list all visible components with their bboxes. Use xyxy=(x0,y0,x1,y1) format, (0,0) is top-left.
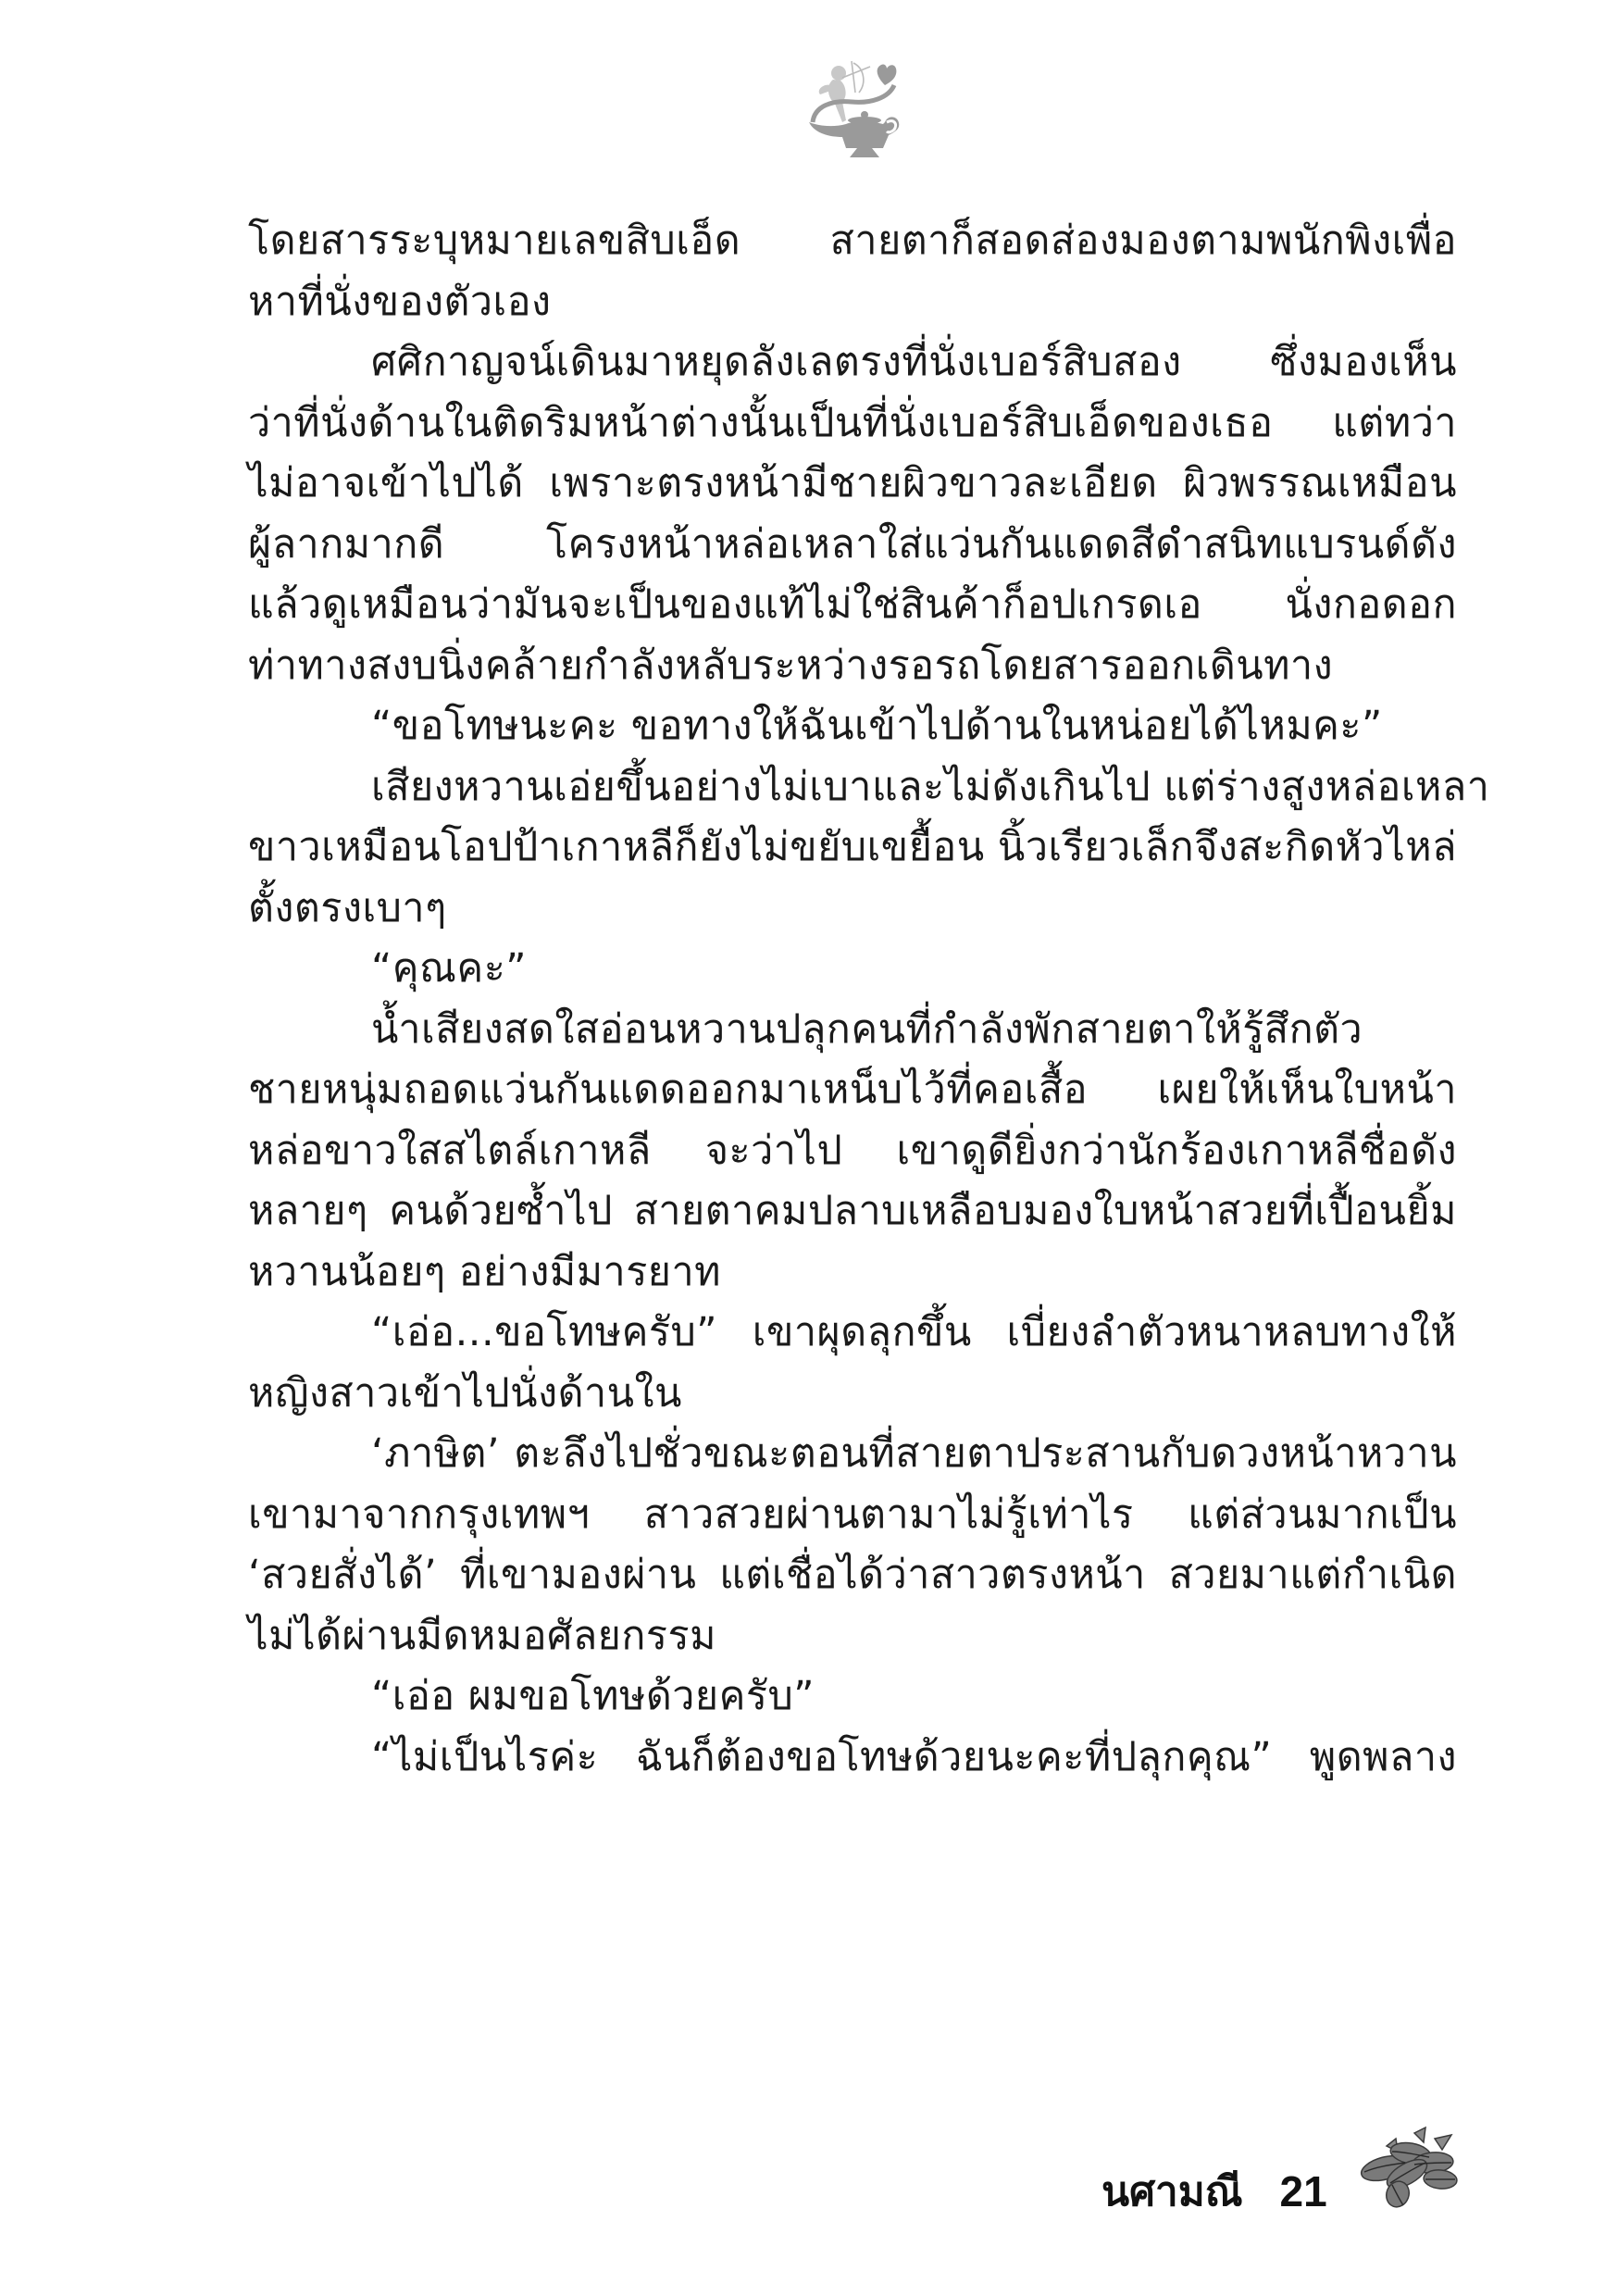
text-line: หล่อขาวใสสไตล์เกาหลี จะว่าไป เขาดูดียิ่ง… xyxy=(248,1121,1457,1182)
coffee-beans-icon xyxy=(1350,2126,1461,2209)
text-line: ผู้ลากมากดี โครงหน้าหล่อเหลาใส่แว่นกันแด… xyxy=(248,515,1457,576)
text-line: ว่าที่นั่งด้านในติดริมหน้าต่างนั้นเป็นที… xyxy=(248,393,1457,455)
text-line: หลายๆ คนด้วยซ้ำไป สายตาคมปลาบเหลือบมองใบ… xyxy=(248,1181,1457,1242)
text-line: ไม่ได้ผ่านมีดหมอศัลยกรรม xyxy=(248,1606,1457,1667)
cupid-teapot-lamp-icon xyxy=(805,57,907,167)
text-line: “ขอโทษนะคะ ขอทางให้ฉันเข้าไปด้านในหน่อยไ… xyxy=(248,696,1457,757)
text-line: น้ำเสียงสดใสอ่อนหวานปลุกคนที่กำลังพักสาย… xyxy=(248,1000,1457,1061)
text-line: “ไม่เป็นไรค่ะ ฉันก็ต้องขอโทษด้วยนะคะที่ป… xyxy=(248,1728,1457,1789)
text-line: “เอ่อ ผมขอโทษด้วยครับ” xyxy=(248,1666,1457,1728)
text-line: ‘สวยสั่งได้’ ที่เขามองผ่าน แต่เชื่อได้ว่… xyxy=(248,1545,1457,1606)
text-line: เสียงหวานเอ่ยขึ้นอย่างไม่เบาและไม่ดังเกิ… xyxy=(248,757,1457,818)
text-line: “คุณคะ” xyxy=(248,939,1457,1000)
book-page: โดยสารระบุหมายเลขสิบเอ็ด สายตาก็สอดส่องม… xyxy=(0,0,1618,2296)
text-line: ‘ภาษิต’ ตะลึงไปชั่วขณะตอนที่สายตาประสานก… xyxy=(248,1424,1457,1485)
text-line: หวานน้อยๆ อย่างมีมารยาท xyxy=(248,1242,1457,1304)
text-line: หาที่นั่งของตัวเอง xyxy=(248,272,1457,333)
page-number: 21 xyxy=(1280,2166,1327,2216)
text-line: “เอ่อ...ขอโทษครับ” เขาผุดลุกขึ้น เบี่ยงล… xyxy=(248,1303,1457,1364)
book-title: นศามณี xyxy=(1101,2159,1243,2224)
text-line: ตั้งตรงเบาๆ xyxy=(248,879,1457,940)
text-line: โดยสารระบุหมายเลขสิบเอ็ด สายตาก็สอดส่องม… xyxy=(248,211,1457,272)
text-line: ศศิกาญจน์เดินมาหยุดลังเลตรงที่นั่งเบอร์ส… xyxy=(248,332,1457,393)
text-line: เขามาจากกรุงเทพฯ สาวสวยผ่านตามาไม่รู้เท่… xyxy=(248,1485,1457,1546)
text-line: ชายหนุ่มถอดแว่นกันแดดออกมาเหน็บไว้ที่คอเ… xyxy=(248,1060,1457,1121)
text-line: ขาวเหมือนโอปป้าเกาหลีก็ยังไม่ขยับเขยื้อน… xyxy=(248,817,1457,879)
body-text: โดยสารระบุหมายเลขสิบเอ็ด สายตาก็สอดส่องม… xyxy=(248,211,1457,1788)
text-line: ไม่อาจเข้าไปได้ เพราะตรงหน้ามีชายผิวขาวล… xyxy=(248,454,1457,515)
text-line: หญิงสาวเข้าไปนั่งด้านใน xyxy=(248,1364,1457,1425)
page-footer: นศามณี 21 xyxy=(1101,2150,1327,2233)
text-line: แล้วดูเหมือนว่ามันจะเป็นของแท้ไม่ใช่สินค… xyxy=(248,575,1457,636)
text-line: ท่าทางสงบนิ่งคล้ายกำลังหลับระหว่างรอรถโด… xyxy=(248,636,1457,697)
